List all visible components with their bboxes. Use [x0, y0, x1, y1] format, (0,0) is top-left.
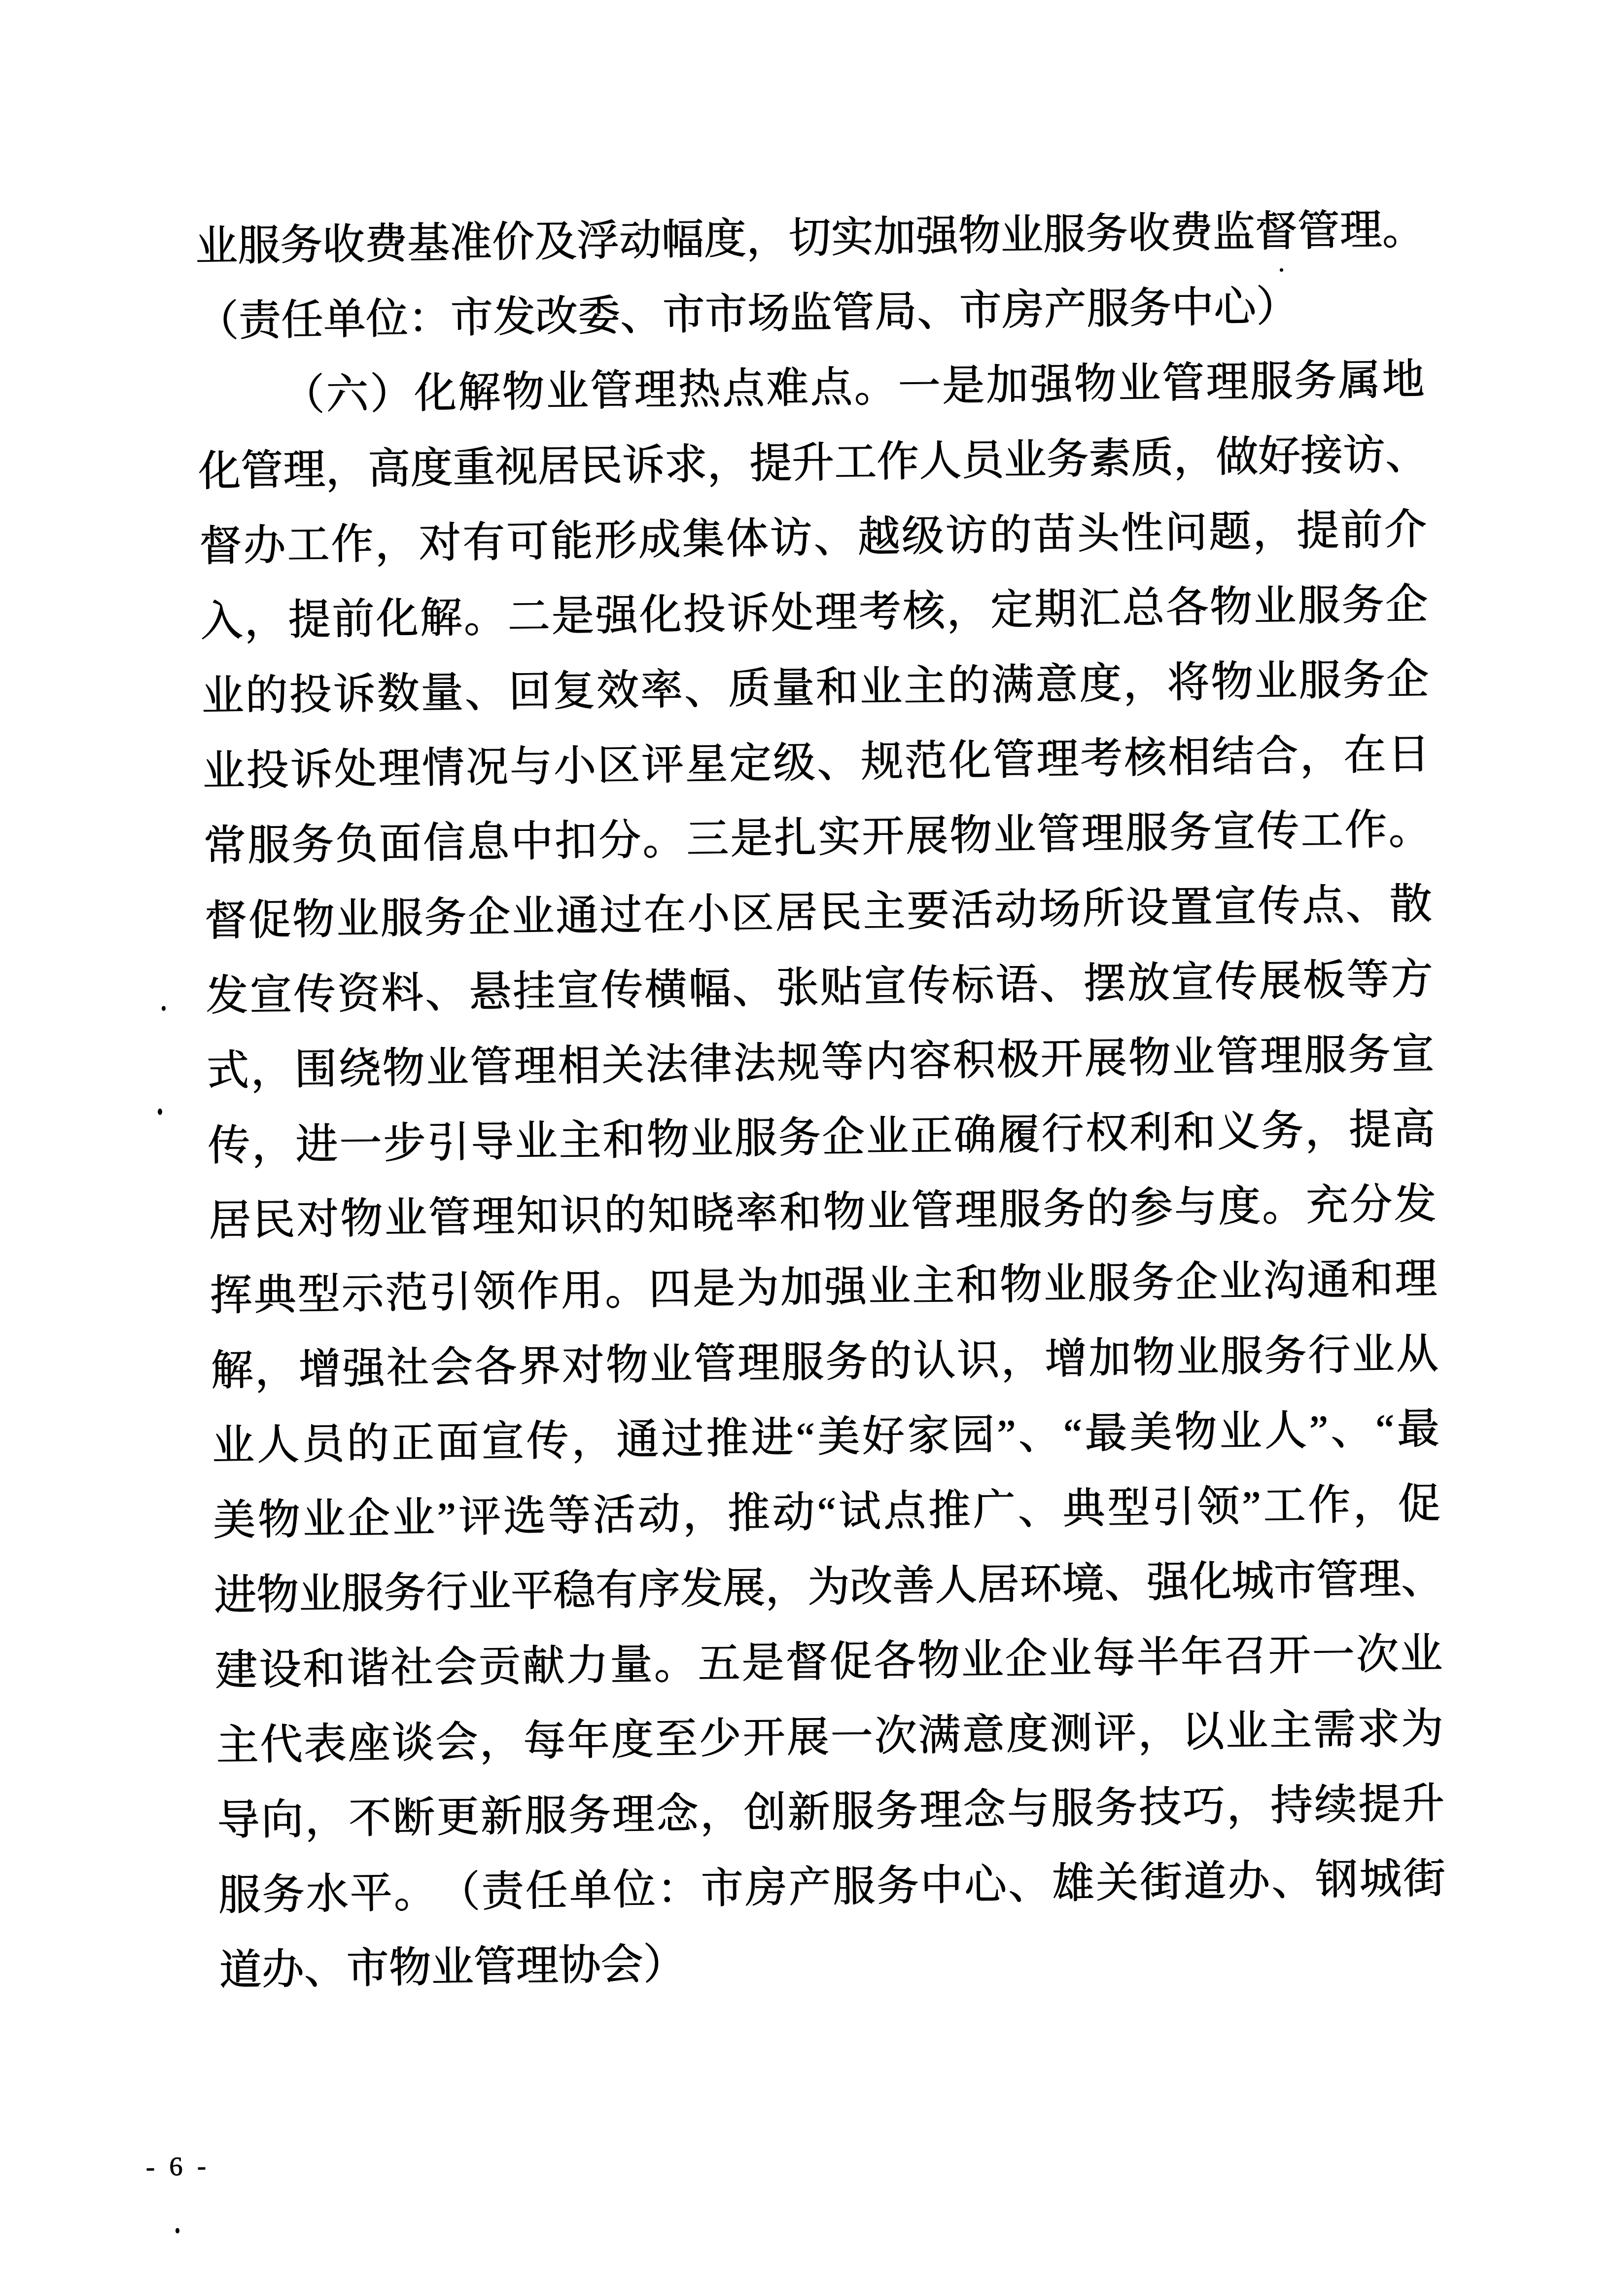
- page-number: - 6 -: [145, 2151, 210, 2182]
- document-text: 业服务收费基准价及浮动幅度，切实加强物业服务收费监督管理。（责任单位：市发改委、…: [195, 192, 1447, 2008]
- scanned-document-page: 业服务收费基准价及浮动幅度，切实加强物业服务收费监督管理。（责任单位：市发改委、…: [0, 0, 1615, 2296]
- scan-speck: [158, 1109, 162, 1115]
- scan-speck: [176, 2228, 179, 2233]
- scan-speck: [1280, 268, 1283, 272]
- scan-speck: [162, 1006, 166, 1011]
